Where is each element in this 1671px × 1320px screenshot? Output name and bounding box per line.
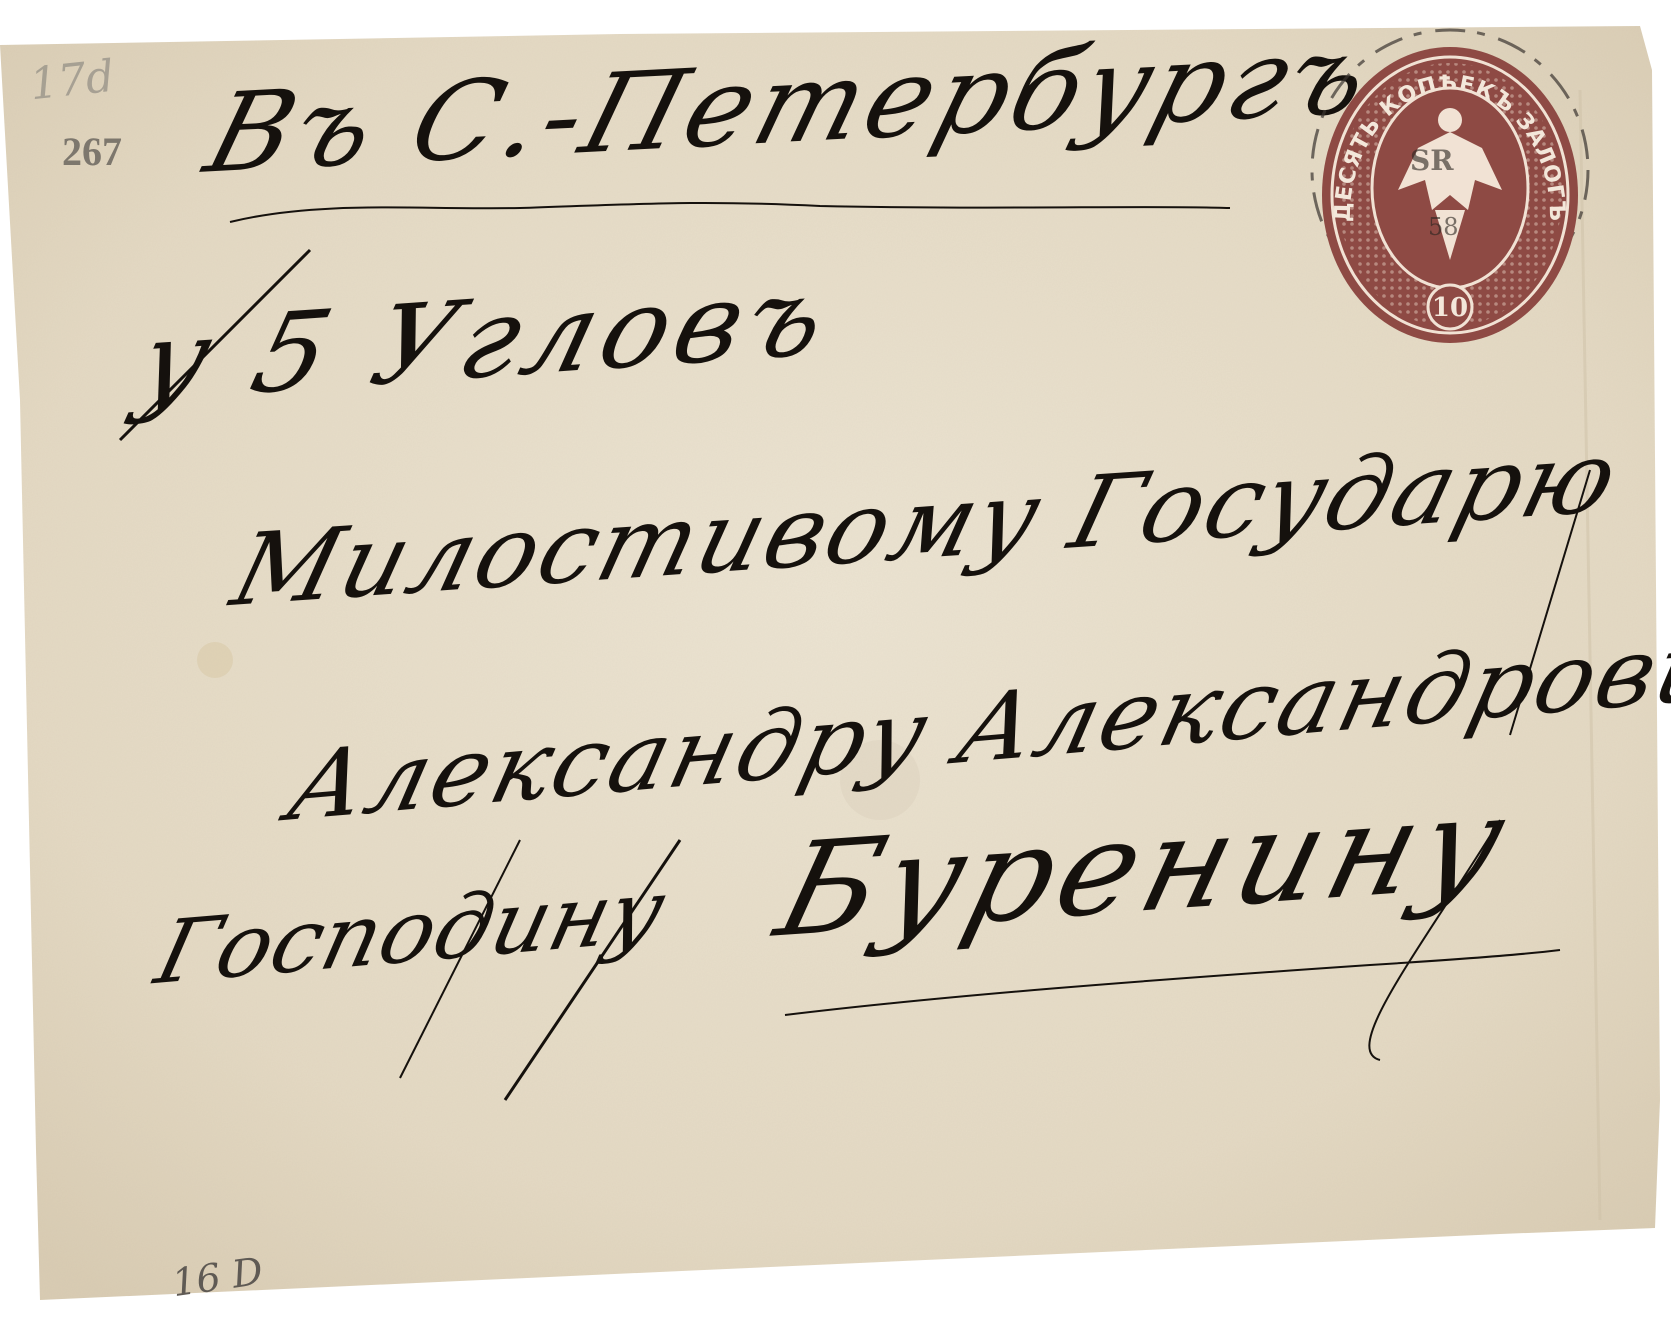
- postage-stamp: ДЕСЯТЬ КОПѢЕКЪ ЗАЛОГЪ SR 58 10: [1300, 20, 1600, 350]
- stamp-graphic: ДЕСЯТЬ КОПѢЕКЪ ЗАЛОГЪ SR 58 10: [1300, 20, 1600, 350]
- stamped-number: 267: [62, 128, 122, 175]
- stamp-value: 10: [1432, 293, 1468, 323]
- svg-text:58: 58: [1428, 213, 1459, 241]
- envelope: 17d 267 16 D Въ С.-Петербургъ у 5 Угловъ…: [0, 0, 1671, 1320]
- svg-text:SR: SR: [1410, 144, 1454, 177]
- pencil-note-top: 17d: [28, 51, 117, 111]
